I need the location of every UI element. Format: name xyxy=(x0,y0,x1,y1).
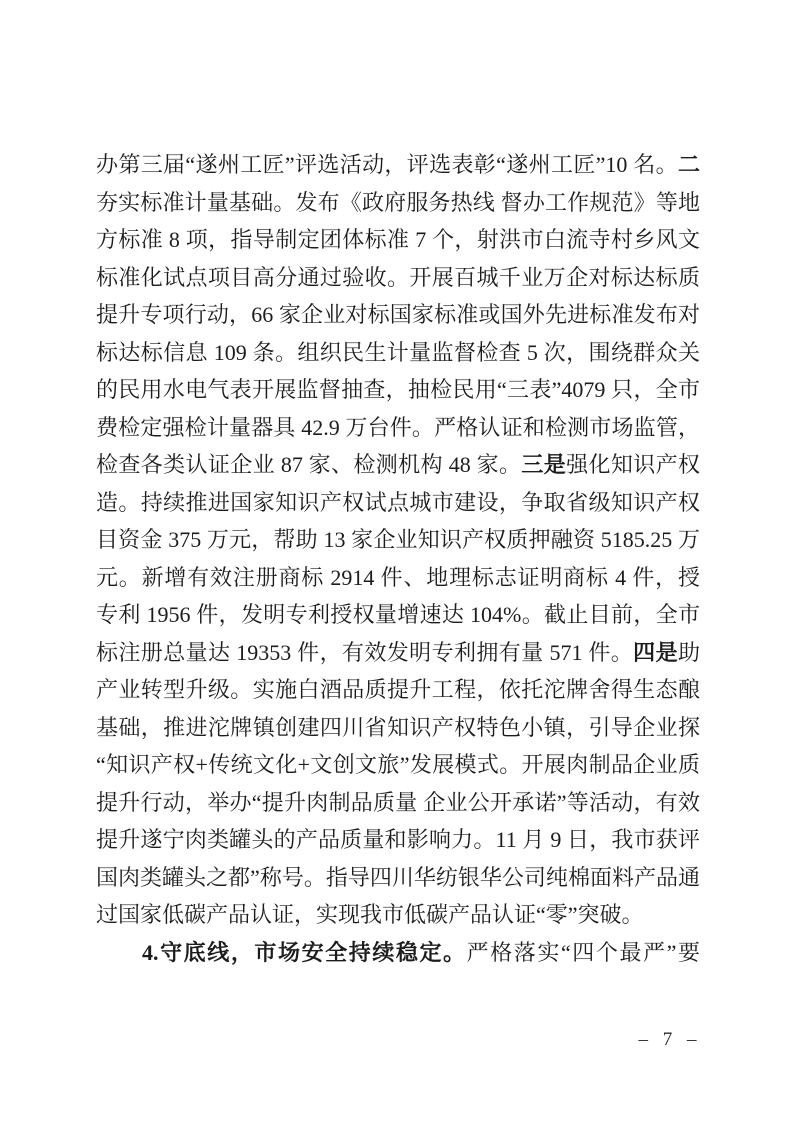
document-page: 办第三届“遂州工匠”评选活动，评选表彰“遂州工匠”10 名。二是夯实标准计量基础… xyxy=(0,0,793,1122)
text-line: 的民用水电气表开展监督抽查，抽检民用“三表”4079 只，全市免 xyxy=(96,371,700,409)
text-segment: 过国家低碳产品认证，实现我市低碳产品认证“零”突破。 xyxy=(96,902,644,927)
text-segment: 费检定强检计量器具 42.9 万台件。严格认证和检测市场监管， xyxy=(96,415,700,440)
text-line: 提升专项行动，66 家企业对标国家标准或国外先进标准发布对 xyxy=(96,296,700,334)
text-line: “知识产权+传统文化+文创文旅”发展模式。开展肉制品企业质量 xyxy=(96,746,700,784)
text-segment: 造。持续推进国家知识产权试点城市建设，争取省级知识产权项 xyxy=(96,490,700,522)
text-line: 产业转型升级。实施白酒品质提升工程，依托沱牌舍得生态酿酒 xyxy=(96,671,700,709)
text-line: 检查各类认证企业 87 家、检测机构 48 家。三是强化知识产权创 xyxy=(96,446,700,484)
text-line: 标达标信息 109 条。组织民生计量监督检查 5 次，围绕群众关注 xyxy=(96,334,700,372)
text-line: 元。新增有效注册商标 2914 件、地理标志证明商标 4 件，授权 xyxy=(96,559,700,597)
text-segment: 专利 1956 件，发明专利授权量增速达 104%。截止目前，全市商 xyxy=(96,602,700,634)
text-line: 基础，推进沱牌镇创建四川省知识产权特色小镇，引导企业探索 xyxy=(96,709,700,747)
text-segment: 提升行动，举办“提升肉制品质量 企业公开承诺”等活动，有效 xyxy=(96,790,700,815)
text-segment: 提升遂宁肉类罐头的产品质量和影响力。11 月 9 日，我市获评“中 xyxy=(96,827,700,859)
text-segment: 标准化试点项目高分通过验收。开展百城千业万企对标达标质量 xyxy=(96,265,700,297)
text-line: 夯实标准计量基础。发布《政府服务热线 督办工作规范》等地 xyxy=(96,184,700,222)
bold-text-segment: 四是 xyxy=(633,640,678,665)
text-segment: 夯实标准计量基础。发布《政府服务热线 督办工作规范》等地 xyxy=(96,190,700,215)
text-line: 专利 1956 件，发明专利授权量增速达 104%。截止目前，全市商 xyxy=(96,596,700,634)
bold-text-segment: 4.守底线，市场安全持续稳定。 xyxy=(142,940,467,965)
text-line: 费检定强检计量器具 42.9 万台件。严格认证和检测市场监管， xyxy=(96,409,700,447)
text-segment: 的民用水电气表开展监督抽查，抽检民用“三表”4079 只，全市免 xyxy=(96,377,700,409)
text-segment: 标注册总量达 19353 件，有效发明专利拥有量 571 件。 xyxy=(96,640,633,665)
text-segment: 产业转型升级。实施白酒品质提升工程，依托沱牌舍得生态酿酒 xyxy=(96,677,700,709)
text-segment: 国肉类罐头之都”称号。指导四川华纺银华公司纯棉面料产品通 xyxy=(96,865,700,890)
text-segment: 方标准 8 项，指导制定团体标准 7 个，射洪市白流寺村乡风文明 xyxy=(96,227,700,259)
text-line: 过国家低碳产品认证，实现我市低碳产品认证“零”突破。 xyxy=(96,896,700,934)
document-body: 办第三届“遂州工匠”评选活动，评选表彰“遂州工匠”10 名。二是夯实标准计量基础… xyxy=(96,146,700,971)
text-line: 方标准 8 项，指导制定团体标准 7 个，射洪市白流寺村乡风文明 xyxy=(96,221,700,259)
text-segment: 检查各类认证企业 87 家、检测机构 48 家。 xyxy=(96,452,521,477)
text-line: 4.守底线，市场安全持续稳定。严格落实“四个最严”要求， xyxy=(96,934,700,972)
text-segment: 提升专项行动，66 家企业对标国家标准或国外先进标准发布对 xyxy=(96,302,700,327)
text-line: 目资金 375 万元，帮助 13 家企业知识产权质押融资 5185.25 万 xyxy=(96,521,700,559)
text-segment: 目资金 375 万元，帮助 13 家企业知识产权质押融资 5185.25 万 xyxy=(96,527,700,552)
text-segment: 标达标信息 109 条。组织民生计量监督检查 5 次，围绕群众关注 xyxy=(96,340,700,372)
text-segment: 基础，推进沱牌镇创建四川省知识产权特色小镇，引导企业探索 xyxy=(96,715,700,747)
text-line: 造。持续推进国家知识产权试点城市建设，争取省级知识产权项 xyxy=(96,484,700,522)
page-number: – 7 – xyxy=(618,1026,722,1054)
text-line: 国肉类罐头之都”称号。指导四川华纺银华公司纯棉面料产品通 xyxy=(96,859,700,897)
text-line: 办第三届“遂州工匠”评选活动，评选表彰“遂州工匠”10 名。二是 xyxy=(96,146,700,184)
text-line: 提升行动，举办“提升肉制品质量 企业公开承诺”等活动，有效 xyxy=(96,784,700,822)
text-line: 标注册总量达 19353 件，有效发明专利拥有量 571 件。四是助力 xyxy=(96,634,700,672)
text-segment: “知识产权+传统文化+文创文旅”发展模式。开展肉制品企业质量 xyxy=(96,752,700,784)
text-segment: 办第三届“遂州工匠”评选活动，评选表彰“遂州工匠”10 名。 xyxy=(96,152,678,177)
text-segment: 元。新增有效注册商标 2914 件、地理标志证明商标 4 件，授权 xyxy=(96,565,700,597)
bold-text-segment: 三是 xyxy=(521,452,566,477)
text-line: 标准化试点项目高分通过验收。开展百城千业万企对标达标质量 xyxy=(96,259,700,297)
text-line: 提升遂宁肉类罐头的产品质量和影响力。11 月 9 日，我市获评“中 xyxy=(96,821,700,859)
